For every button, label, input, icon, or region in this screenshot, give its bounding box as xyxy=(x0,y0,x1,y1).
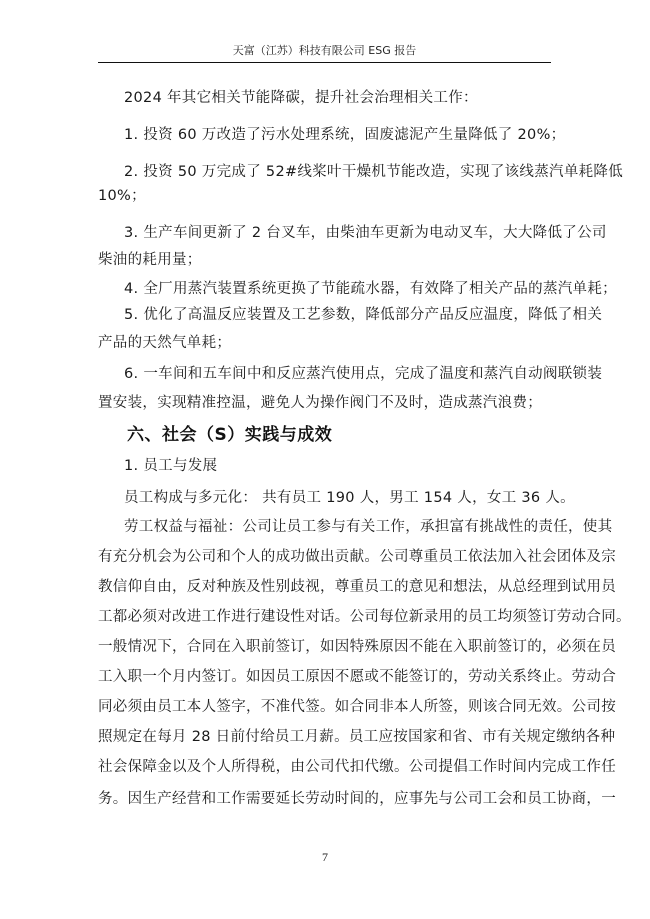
rights-paragraph-line: 一般情况下，合同在入职前签订，如因特殊原因不能在入职前签订的，必须在员 xyxy=(98,637,554,657)
rights-paragraph-line: 教信仰自由，反对种族及性别歧视，尊重员工的意见和想法，从总经理到试用员 xyxy=(98,577,554,597)
energy-item-5: 5. 优化了高温反应装置及工艺参数，降低部分产品反应温度，降低了相关 xyxy=(124,305,554,325)
rights-paragraph-line: 劳工权益与福祉：公司让员工参与有关工作，承担富有挑战性的责任，使其 xyxy=(124,517,554,537)
header-divider xyxy=(98,62,551,63)
report-header: 天富（江苏）科技有限公司 ESG 报告 xyxy=(98,44,551,62)
rights-paragraph-line: 照规定在每月 28 日前付给员工月薪。员工应按国家和省、市有关规定缴纳各种 xyxy=(98,727,554,747)
rights-paragraph-line: 工都必须对改进工作进行建设性对话。公司每位新录用的员工均须签订劳动合同。 xyxy=(98,607,554,627)
energy-item-4: 4. 全厂用蒸汽装置系统更换了节能疏水器，有效降了相关产品的蒸汽单耗； xyxy=(124,279,554,299)
energy-intro: 2024 年其它相关节能降碳，提升社会治理相关工作： xyxy=(124,88,554,108)
energy-item-5-cont: 产品的天然气单耗； xyxy=(98,333,554,353)
rights-paragraph-line: 社会保障金以及个人所得税，由公司代扣代缴。公司提倡工作时间内完成工作任 xyxy=(98,757,554,777)
page-number: 7 xyxy=(0,850,650,865)
rights-paragraph-line: 同必须由员工本人签字，不准代签。如合同非本人所签，则该合同无效。公司按 xyxy=(98,697,554,717)
energy-item-3: 3. 生产车间更新了 2 台叉车，由柴油车更新为电动叉车，大大降低了公司 xyxy=(124,223,554,243)
energy-item-1: 1. 投资 60 万改造了污水处理系统，固废滤泥产生量降低了 20%； xyxy=(124,125,554,145)
energy-item-3-cont: 柴油的耗用量； xyxy=(98,250,554,270)
subheading-employees: 1. 员工与发展 xyxy=(124,456,554,476)
section-heading-social: 六、社会（S）实践与成效 xyxy=(127,424,332,446)
energy-item-2: 2. 投资 50 万完成了 52#线桨叶干燥机节能改造，实现了该线蒸汽单耗降低 xyxy=(124,162,554,182)
rights-paragraph-line: 有充分机会为公司和个人的成功做出贡献。公司尊重员工依法加入社会团体及宗 xyxy=(98,547,554,567)
energy-item-2-cont: 10%； xyxy=(98,186,554,206)
employee-composition: 员工构成与多元化： 共有员工 190 人，男工 154 人，女工 36 人。 xyxy=(124,488,554,508)
rights-paragraph-line: 工入职一个月内签订。如因员工原因不愿或不能签订的，劳动关系终止。劳动合 xyxy=(98,667,554,687)
energy-item-6-cont: 置安装，实现精准控温，避免人为操作阀门不及时，造成蒸汽浪费； xyxy=(98,393,554,413)
rights-paragraph-line: 务。因生产经营和工作需要延长劳动时间的，应事先与公司工会和员工协商，一 xyxy=(98,789,554,809)
energy-item-6: 6. 一车间和五车间中和反应蒸汽使用点，完成了温度和蒸汽自动阀联锁装 xyxy=(124,364,554,384)
